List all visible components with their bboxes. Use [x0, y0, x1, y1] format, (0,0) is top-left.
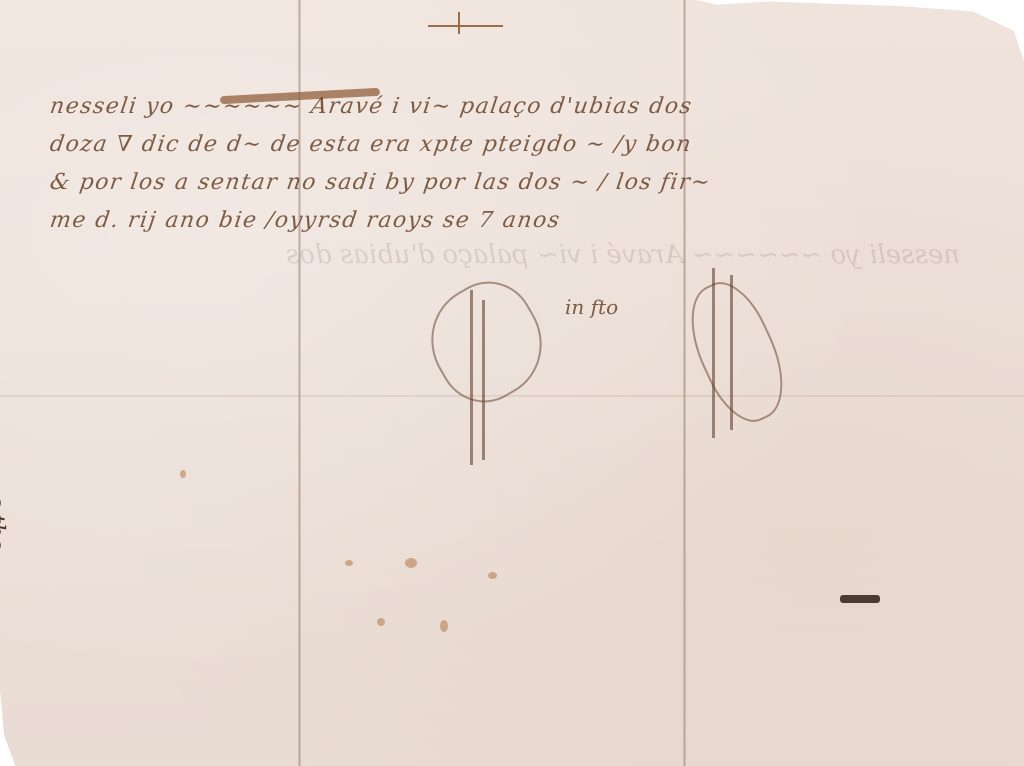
text-line-1: nesseli yo ~~~~~~ Aravé i vi~ palaço d'u…: [47, 88, 1002, 126]
cross-mark-vertical: [458, 12, 460, 34]
foxing-stain: [405, 558, 417, 568]
foxing-stain: [377, 618, 385, 626]
foxing-stain: [180, 470, 186, 478]
signature-note: in fto: [565, 295, 618, 319]
text-line-4: me d. rij ano bie /oyyrsd raoys se 7 ano…: [47, 202, 1002, 240]
manuscript-page: nesseli yo ~~~~~~ Aravé i vi~ palaço d'u…: [0, 0, 1024, 766]
rubric-stem: [730, 275, 733, 430]
horizontal-fold: [0, 395, 1024, 397]
cross-mark: [428, 25, 503, 27]
foxing-stain: [345, 560, 353, 566]
margin-note: c the: [0, 495, 8, 550]
rubric-stem: [712, 268, 715, 438]
rubric-stem: [470, 290, 473, 465]
foxing-stain: [488, 572, 497, 579]
text-line-3: & por los a sentar no sadi by por las do…: [47, 164, 1002, 202]
rubric-stem: [482, 300, 485, 460]
ink-blot: [840, 595, 880, 603]
handwritten-text: nesseli yo ~~~~~~ Aravé i vi~ palaço d'u…: [50, 88, 1000, 240]
foxing-stain: [440, 620, 448, 632]
text-line-2: doza ∇ dic de d~ de esta era xpte pteigd…: [47, 126, 1002, 164]
